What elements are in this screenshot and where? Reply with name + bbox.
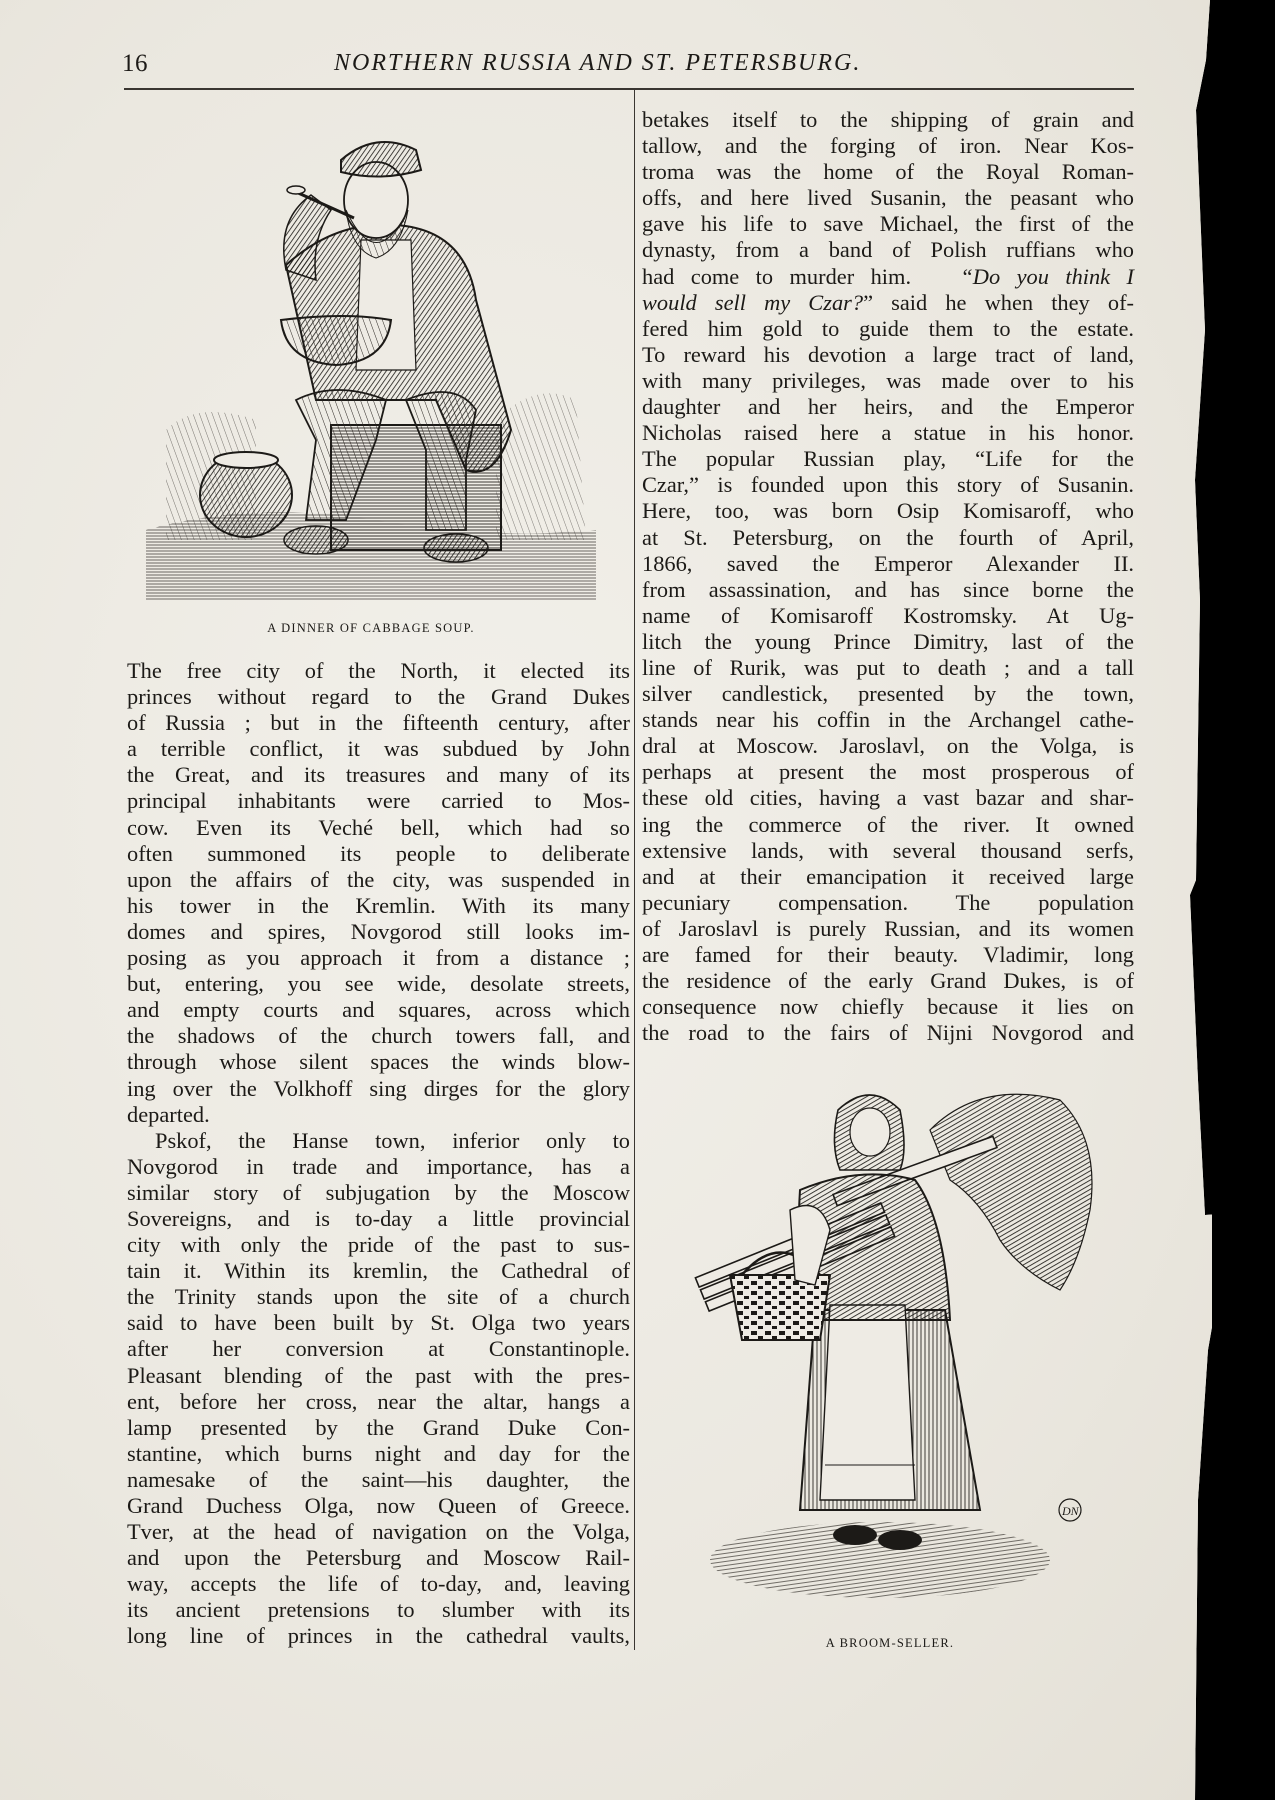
text-line: posing as you approach it from a distanc…	[127, 945, 630, 971]
text-line: long line of princes in the cathedral va…	[127, 1623, 630, 1649]
text-line: said to have been built by St. Olga two …	[127, 1310, 630, 1336]
text-line: principal inhabitants were carried to Mo…	[127, 788, 630, 814]
text-line: and upon the Petersburg and Moscow Rail-	[127, 1545, 630, 1571]
text-line: troma was the home of the Royal Roman-	[642, 159, 1134, 185]
text-line: Grand Duchess Olga, now Queen of Greece.	[127, 1493, 630, 1519]
text-line: the Trinity stands upon the site of a ch…	[127, 1284, 630, 1310]
peasant-engraving-icon	[136, 100, 606, 610]
text-line: extensive lands, with several thousand s…	[642, 838, 1134, 864]
text-line: Sovereigns, and is to-day a little provi…	[127, 1206, 630, 1232]
text-line: lamp presented by the Grand Duke Con-	[127, 1415, 630, 1441]
text-line: ent, before her cross, near the altar, h…	[127, 1389, 630, 1415]
text-line: domes and spires, Novgorod still looks i…	[127, 919, 630, 945]
figure-caption-broom-seller: A BROOM-SELLER.	[680, 1636, 1100, 1651]
text-line: departed.	[127, 1102, 630, 1128]
text-line: pecuniary compensation. The population	[642, 890, 1134, 916]
text-line: the Great, and its treasures and many of…	[127, 762, 630, 788]
text-line: dynasty, from a band of Polish ruffians …	[642, 237, 1134, 263]
text-line: The popular Russian play, “Life for the	[642, 446, 1134, 472]
text-line-with-quote: would sell my Czar?” said he when they o…	[642, 290, 1134, 316]
text-line: stands near his coffin in the Archangel …	[642, 707, 1134, 733]
figure-caption-cabbage-soup: A DINNER OF CABBAGE SOUP.	[136, 621, 606, 636]
right-column-text: betakes itself to the shipping of grain …	[642, 107, 1134, 1046]
text-line: Pleasant blending of the past with the p…	[127, 1363, 630, 1389]
text-line: Tver, at the head of navigation on the V…	[127, 1519, 630, 1545]
text-line: tallow, and the forging of iron. Near Ko…	[642, 133, 1134, 159]
running-head: 16 NORTHERN RUSSIA AND ST. PETERSBURG.	[120, 46, 1130, 86]
text-line: ing the commerce of the river. It owned	[642, 812, 1134, 838]
text-line: line of Rurik, was put to death ; and a …	[642, 655, 1134, 681]
text-line: after her conversion at Constantinople.	[127, 1336, 630, 1362]
text-line: stantine, which burns night and day for …	[127, 1441, 630, 1467]
text-fragment: ” said he when they of-	[863, 290, 1134, 315]
text-line: a terrible conflict, it was subdued by J…	[127, 736, 630, 762]
text-line: city with only the pride of the past to …	[127, 1232, 630, 1258]
text-line: of Russia ; but in the fifteenth century…	[127, 710, 630, 736]
signature-text: DN	[1061, 1504, 1080, 1518]
text-line: perhaps at present the most prosperous o…	[642, 759, 1134, 785]
left-column-text: The free city of the North, it elected i…	[127, 658, 630, 1650]
text-line: Czar,” is founded upon this story of Sus…	[642, 472, 1134, 498]
text-line: and empty courts and squares, across whi…	[127, 997, 630, 1023]
text-line: Novgorod in trade and importance, has a	[127, 1154, 630, 1180]
broom-seller-engraving-icon: DN	[680, 1070, 1100, 1610]
illustration-broom-seller: DN	[680, 1070, 1100, 1610]
text-line: betakes itself to the shipping of grain …	[642, 107, 1134, 133]
text-line: 1866, saved the Emperor Alexander II.	[642, 551, 1134, 577]
page-number: 16	[122, 50, 148, 78]
text-line: To reward his devotion a large tract of …	[642, 342, 1134, 368]
text-line: way, accepts the life of to-day, and, le…	[127, 1571, 630, 1597]
text-line: its ancient pretensions to slumber with …	[127, 1597, 630, 1623]
text-line: namesake of the saint—his daughter, the	[127, 1467, 630, 1493]
text-line: The free city of the North, it elected i…	[127, 658, 630, 684]
header-rule	[124, 88, 1134, 90]
text-fragment: had come to murder him.	[642, 264, 911, 289]
italic-quote: “Do you think I	[960, 264, 1134, 289]
text-line: with many privileges, was made over to h…	[642, 368, 1134, 394]
book-page: 16 NORTHERN RUSSIA AND ST. PETERSBURG.	[0, 0, 1212, 1800]
text-line: often summoned its people to deliberate	[127, 841, 630, 867]
text-line: cow. Even its Veché bell, which had so	[127, 815, 630, 841]
text-line: consequence now chiefly because it lies …	[642, 994, 1134, 1020]
text-line: dral at Moscow. Jaroslavl, on the Volga,…	[642, 733, 1134, 759]
text-line: but, entering, you see wide, desolate st…	[127, 971, 630, 997]
text-line: daughter and her heirs, and the Emperor	[642, 394, 1134, 420]
text-line: upon the affairs of the city, was suspen…	[127, 867, 630, 893]
text-line: princes without regard to the Grand Duke…	[127, 684, 630, 710]
illustration-cabbage-soup	[136, 100, 606, 610]
text-line: at St. Petersburg, on the fourth of Apri…	[642, 525, 1134, 551]
text-line: tain it. Within its kremlin, the Cathedr…	[127, 1258, 630, 1284]
text-line: Here, too, was born Osip Komisaroff, who	[642, 498, 1134, 524]
text-line: name of Komisaroff Kostromsky. At Ug-	[642, 603, 1134, 629]
text-line: Nicholas raised here a statue in his hon…	[642, 420, 1134, 446]
paragraph-start-line: Pskof, the Hanse town, inferior only to	[127, 1128, 630, 1154]
text-line: from assassination, and has since borne …	[642, 577, 1134, 603]
text-line: offs, and here lived Susanin, the peasan…	[642, 185, 1134, 211]
text-line: fered him gold to guide them to the esta…	[642, 316, 1134, 342]
text-line: are famed for their beauty. Vladimir, lo…	[642, 942, 1134, 968]
text-line: his tower in the Kremlin. With its many	[127, 893, 630, 919]
text-line: silver candlestick, presented by the tow…	[642, 681, 1134, 707]
text-line: litch the young Prince Dimitry, last of …	[642, 629, 1134, 655]
text-line: the shadows of the church towers fall, a…	[127, 1023, 630, 1049]
column-rule	[634, 90, 635, 1650]
text-line: similar story of subjugation by the Mosc…	[127, 1180, 630, 1206]
text-line: and at their emancipation it received la…	[642, 864, 1134, 890]
running-title: NORTHERN RUSSIA AND ST. PETERSBURG.	[334, 50, 861, 77]
text-line: the road to the fairs of Nijni Novgorod …	[642, 1020, 1134, 1046]
text-line: ing over the Volkhoff sing dirges for th…	[127, 1076, 630, 1102]
text-line: gave his life to save Michael, the first…	[642, 211, 1134, 237]
text-line: the residence of the early Grand Dukes, …	[642, 968, 1134, 994]
text-line: through whose silent spaces the winds bl…	[127, 1049, 630, 1075]
text-line-with-quote: had come to murder him. “Do you think I	[642, 264, 1134, 290]
text-line: of Jaroslavl is purely Russian, and its …	[642, 916, 1134, 942]
text-line: these old cities, having a vast bazar an…	[642, 785, 1134, 811]
italic-quote: would sell my Czar?	[642, 290, 863, 315]
